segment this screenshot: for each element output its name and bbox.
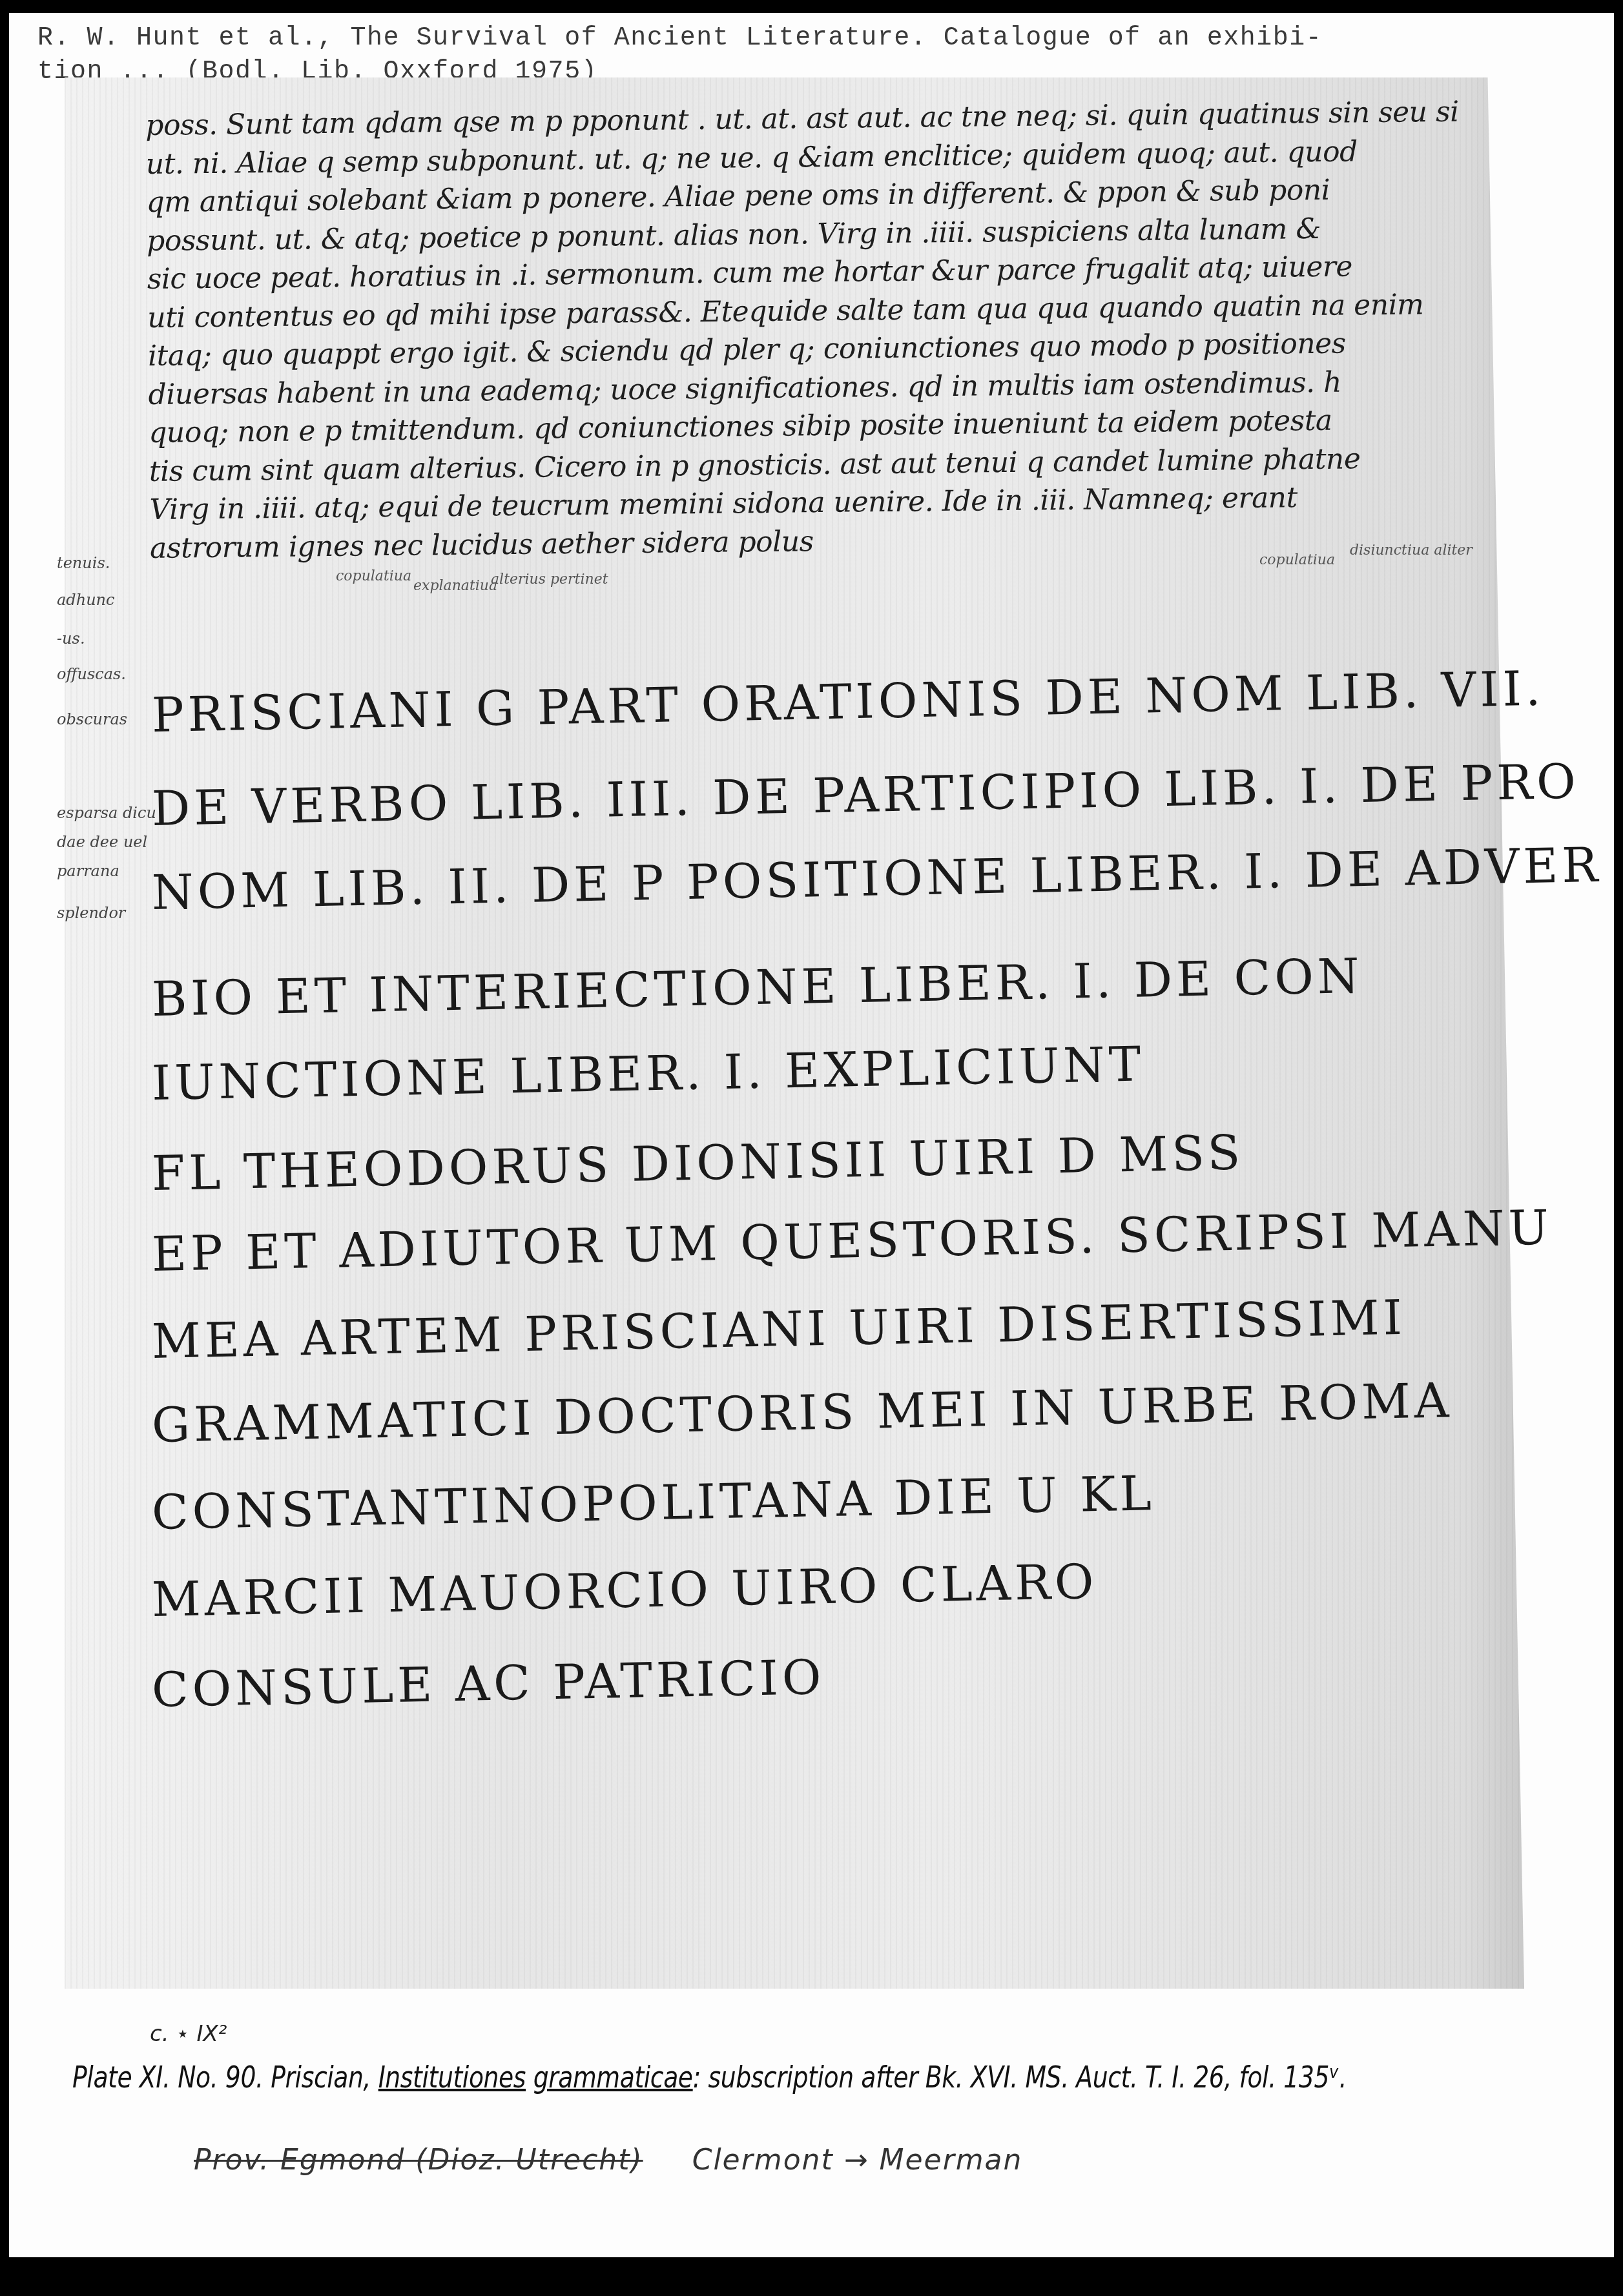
provenance-note: Prov. Egmond (Dioz. Utrecht) Clermont → … (194, 2144, 1022, 2177)
margin-gloss: splendor (57, 904, 125, 922)
plate-caption: Plate XI. No. 90. Priscian, Institutione… (72, 2060, 1347, 2095)
margin-gloss: tenuis. (57, 554, 110, 572)
minuscule-text-block: poss. Sunt tam qdam qse m p pponunt . ut… (145, 92, 1500, 568)
margin-gloss: parrana (57, 862, 119, 880)
struck-provenance: Prov. Egmond (Dioz. Utrecht) (194, 2144, 643, 2177)
margin-gloss: offuscas. (57, 665, 126, 683)
interlinear-gloss: explanatiua (413, 578, 497, 594)
citation-line-1: R. W. Hunt et al., The Survival of Ancie… (37, 22, 1549, 56)
dating-note: c. ⋆ IX² (150, 2021, 227, 2047)
caption-prefix: Plate XI. No. 90. Priscian, (72, 2060, 378, 2095)
margin-gloss: esparsa dicu (57, 804, 156, 822)
margin-gloss: dae dee uel (57, 833, 147, 851)
caption-title-1: Institutiones (378, 2060, 526, 2095)
caption-title-2: grammaticae (533, 2060, 693, 2095)
margin-gloss: obscuras (57, 710, 127, 728)
interlinear-gloss: disiunctiua aliter (1350, 542, 1473, 559)
interlinear-gloss: alterius pertinet (491, 571, 608, 588)
interlinear-gloss: copulatiua (336, 568, 411, 584)
margin-gloss: adhunc (57, 591, 114, 609)
margin-gloss: -us. (57, 630, 85, 648)
caption-suffix: : subscription after Bk. XVI. MS. Auct. … (693, 2060, 1347, 2095)
interlinear-gloss: copulatiua (1259, 552, 1335, 568)
provenance-text: Clermont → Meerman (692, 2144, 1023, 2177)
